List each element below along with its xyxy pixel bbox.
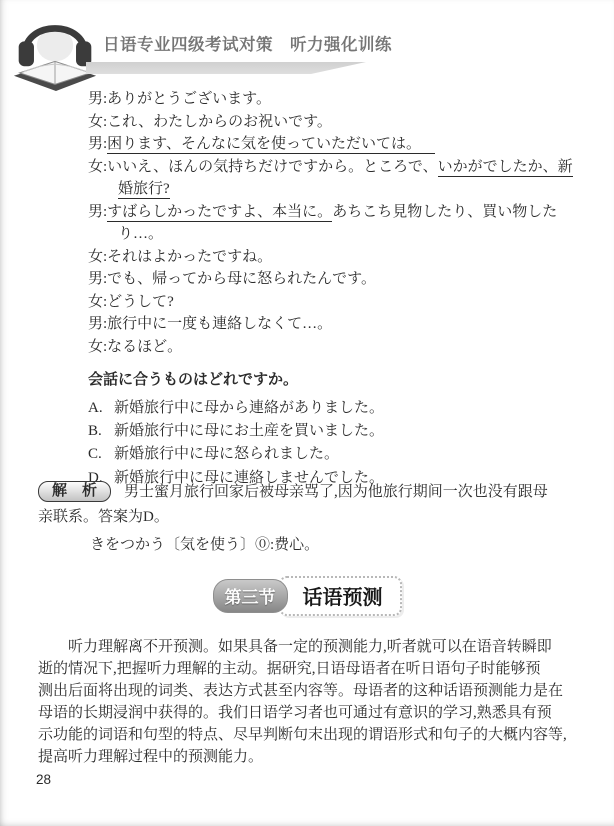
headphones-book-logo xyxy=(12,4,98,94)
dialogue-line: 男:すばらしかったですよ、本当に。あちこち見物したり、買い物した xyxy=(88,201,608,224)
dialogue-line: り…。 xyxy=(88,223,608,246)
paragraph-line: 母语的长期浸润中获得的。我们日语学习者也可通过有意识的学习,熟悉具有预 xyxy=(38,702,586,724)
dialogue-text: り…。 xyxy=(118,226,163,242)
analysis-text: 男士蜜月旅行回家后被母亲骂了,因为他旅行期间一次也没有跟母 xyxy=(124,484,548,500)
dialogue-block: 男:ありがとうございます。女:これ、わたしからのお祝いです。男:困ります、そんな… xyxy=(88,88,608,358)
dialogue-text: 男: xyxy=(88,136,107,152)
paragraph-line: 逝的情况下,把握听力理解的主动。据研究,日语母语者在听日语句子时能够预 xyxy=(38,658,586,680)
dialogue-line: 女:いいえ、ほんの気持ちだけですから。ところで、いかがでしたか、新 xyxy=(88,156,608,179)
dialogue-text: 女:どうして? xyxy=(88,294,174,310)
dialogue-text: あちこち見物したり、買い物した xyxy=(332,204,557,220)
section-title: 话语预测 xyxy=(279,576,402,616)
analysis-badge: 解 析 xyxy=(38,481,111,502)
option-label: C. xyxy=(88,443,114,466)
option-label: B. xyxy=(88,420,114,443)
dialogue-line: 男:困ります、そんなに気を使っていただいては。 xyxy=(88,133,608,156)
underlined-text: すばらしかったですよ、本当に。 xyxy=(107,204,332,222)
body-paragraph: 听力理解离不开预测。如果具备一定的预测能力,听者就可以在语音转瞬即逝的情况下,把… xyxy=(38,636,586,768)
dialogue-text: 女:なるほど。 xyxy=(88,339,182,355)
option-text: 新婚旅行中に母に怒られました。 xyxy=(114,446,339,462)
dialogue-text: 男:ありがとうございます。 xyxy=(88,91,271,107)
dialogue-line: 女:これ、わたしからのお祝いです。 xyxy=(88,111,608,134)
dialogue-text: 男:でも、帰ってから母に怒られたんです。 xyxy=(88,271,376,287)
dialogue-line: 婚旅行? xyxy=(88,178,608,201)
dialogue-text: 女:これ、わたしからのお祝いです。 xyxy=(88,114,332,130)
dialogue-line: 男:旅行中に一度も連絡しなくて…。 xyxy=(88,313,608,336)
paragraph-line: 提高听力理解过程中的预测能力。 xyxy=(38,746,586,768)
option-text: 新婚旅行中に母にお土産を買いました。 xyxy=(114,423,384,439)
dialogue-line: 女:なるほど。 xyxy=(88,336,608,359)
option-row: C.新婚旅行中に母に怒られました。 xyxy=(88,443,608,466)
dialogue-line: 女:どうして? xyxy=(88,291,608,314)
question-block: 会話に合うものはどれですか。 A.新婚旅行中に母から連絡がありました。B.新婚旅… xyxy=(88,368,608,490)
dialogue-line: 男:でも、帰ってから母に怒られたんです。 xyxy=(88,268,608,291)
option-label: A. xyxy=(88,397,114,420)
dialogue-text: 男:旅行中に一度も連絡しなくて…。 xyxy=(88,316,332,332)
dialogue-line: 女:それはよかったですね。 xyxy=(88,246,608,269)
option-text: 新婚旅行中に母から連絡がありました。 xyxy=(114,400,384,416)
section-header: 第三节 话语预测 xyxy=(0,576,614,616)
paragraph-line: 示功能的词语和句型的特点、尽早判断句末出现的谓语形式和句子的大概内容等, xyxy=(38,724,586,746)
book-page: 日语专业四级考试对策 听力强化训练 男:ありがとうございます。女:これ、わたしか… xyxy=(0,0,614,826)
option-row: A.新婚旅行中に母から連絡がありました。 xyxy=(88,397,608,420)
paragraph-line: 听力理解离不开预测。如果具备一定的预测能力,听者就可以在语音转瞬即 xyxy=(38,636,586,658)
section-number-badge: 第三节 xyxy=(213,579,288,613)
underlined-text: いかがでしたか、新 xyxy=(438,159,573,177)
question-prompt: 会話に合うものはどれですか。 xyxy=(88,368,608,391)
header-title: 日语专业四级考试对策 听力强化训练 xyxy=(103,31,392,55)
vocabulary-note: きをつかう〔気を使う〕⓪:费心。 xyxy=(38,533,583,558)
analysis-line: 解 析男士蜜月旅行回家后被母亲骂了,因为他旅行期间一次也没有跟母 xyxy=(38,480,583,505)
header-rule xyxy=(86,62,366,74)
dialogue-text: 男: xyxy=(88,204,107,220)
page-number: 28 xyxy=(36,772,51,787)
option-row: B.新婚旅行中に母にお土産を買いました。 xyxy=(88,420,608,443)
underlined-text: 婚旅行? xyxy=(118,181,170,199)
options-list: A.新婚旅行中に母から連絡がありました。B.新婚旅行中に母にお土産を買いました。… xyxy=(88,397,608,490)
dialogue-text: 女:いいえ、ほんの気持ちだけですから。ところで、 xyxy=(88,159,438,175)
analysis-block: 解 析男士蜜月旅行回家后被母亲骂了,因为他旅行期间一次也没有跟母 亲联系。答案为… xyxy=(38,480,583,558)
paragraph-line: 测出后面将出现的词类、表达方式甚至内容等。母语者的这种话语预测能力是在 xyxy=(38,680,586,702)
dialogue-line: 男:ありがとうございます。 xyxy=(88,88,608,111)
underlined-text: 困ります、そんなに気を使っていただいては。 xyxy=(107,136,435,154)
analysis-line: 亲联系。答案为D。 xyxy=(38,505,583,530)
dialogue-text: 女:それはよかったですね。 xyxy=(88,249,272,265)
